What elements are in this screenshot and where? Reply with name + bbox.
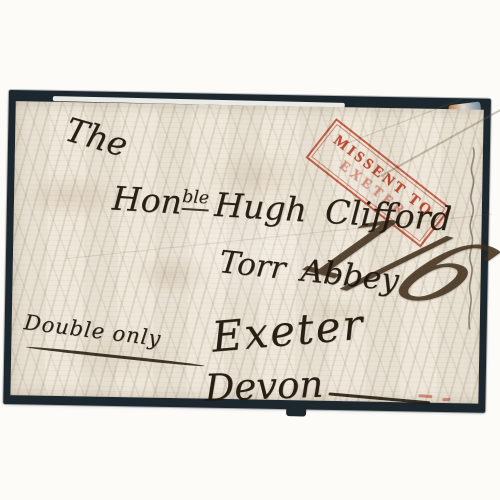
letter-paper: MISSENT TO EXETER 1/6 The HonbleHugh Cli… bbox=[10, 101, 483, 404]
address-line-county: Devon bbox=[204, 366, 324, 407]
address-salutation: The bbox=[62, 113, 131, 162]
mount-card: MISSENT TO EXETER 1/6 The HonbleHugh Cli… bbox=[3, 90, 491, 413]
honorific-superscript: ble bbox=[182, 187, 210, 212]
flourish-dash bbox=[328, 392, 430, 404]
double-only-underline bbox=[26, 346, 205, 367]
honorific: Hon bbox=[111, 179, 183, 222]
red-ink-speck bbox=[442, 398, 450, 401]
double-only-note: Double only bbox=[23, 312, 163, 350]
auction-photo: MISSENT TO EXETER 1/6 The HonbleHugh Cli… bbox=[0, 0, 500, 500]
address-line-town: Exeter bbox=[210, 304, 366, 359]
edge-docket-squiggle bbox=[464, 145, 479, 331]
red-ink-speck bbox=[418, 394, 432, 398]
mount-tab bbox=[286, 407, 306, 416]
fold-crease bbox=[349, 99, 461, 143]
